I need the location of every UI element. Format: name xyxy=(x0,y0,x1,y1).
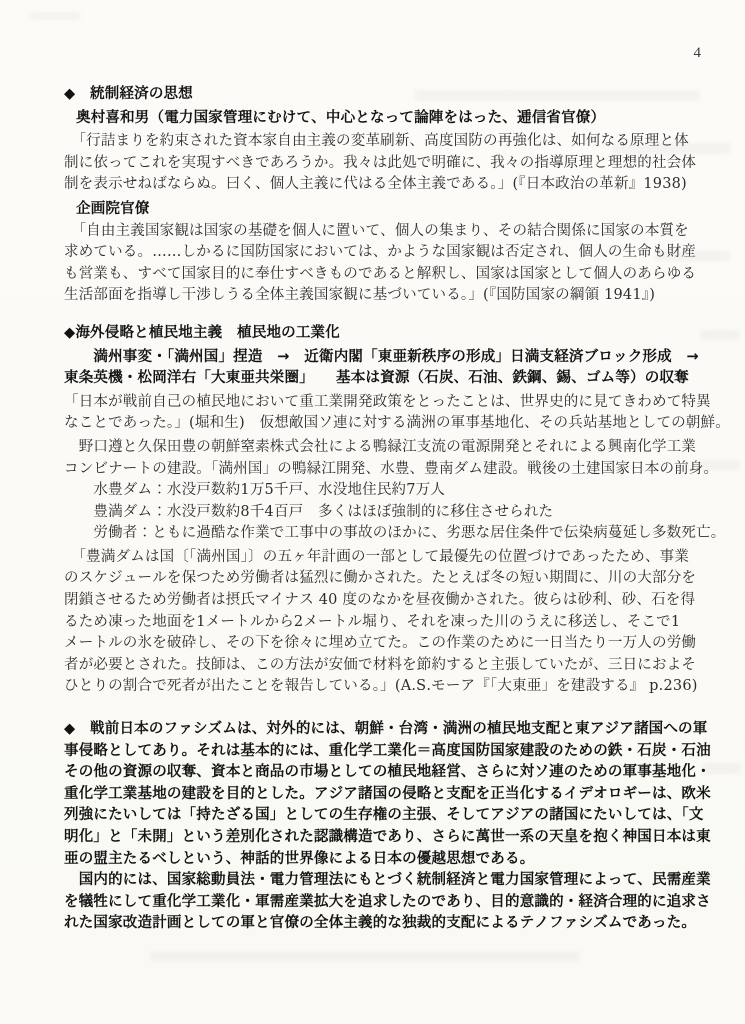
text-line: 東条英機・松岡洋右「大東亜共栄圏」 基本は資源（石炭、石油、鉄鋼、錫、ゴム等）の… xyxy=(64,368,696,390)
quote-moore-homan-dam: 「豊満ダムは国〔「満州国」〕の五ヶ年計画の一部として最優先の位置づけであったため… xyxy=(64,547,696,698)
text-line: れた国家改造計画としての軍と官僚の全体主義的な独裁的支配によるテノファシズムであ… xyxy=(64,913,696,935)
para-prewar-fascism-conclusion: ◆ 戦前日本のファシズムは、対外的には、朝鮮・台湾・満洲の植民地支配と東アジア諸… xyxy=(64,719,696,935)
text-line: 列強にたいしては「持たざる国」としての生存権の主張、そしてアジアの諸国にたいして… xyxy=(64,805,696,827)
heading-overseas-invasion: ◆海外侵略と植民地主義 植民地の工業化 xyxy=(64,323,696,345)
text-line: 制に依ってこれを実現すべきであろうか。我々は此処で明確に、我々の指導原理と理想的… xyxy=(64,153,696,175)
quote-kikakuin: 「自由主義国家観は国家の基礎を個人に置いて、個人の集まり、その結合関係に国家の本… xyxy=(64,221,696,307)
text-line: 「自由主義国家観は国家の基礎を個人に置いて、個人の集まり、その結合関係に国家の本… xyxy=(64,221,696,243)
para-noguchi-kubota: 野口遵と久保田豊の朝鮮窒素株式会社による鴨緑江支流の電源開発とそれによる興南化学… xyxy=(64,437,696,480)
bleedthrough-artifact xyxy=(30,12,80,20)
text-line: 労働者：ともに過酷な作業で工事中の事故のほかに、劣悪な居住条件で伝染病蔓延し多数… xyxy=(64,523,696,545)
text-line: 明化」と「未開」という差別化された認識構造であり、さらに萬世一系の天皇を抱く神国… xyxy=(64,827,696,849)
text-line: なことであった。」(堀和生) 仮想敵国ソ連に対する満洲の軍事基地化、その兵站基地… xyxy=(64,413,696,435)
text-line: ◆ 戦前日本のファシズムは、対外的には、朝鮮・台湾・満洲の植民地支配と東アジア諸… xyxy=(64,719,696,741)
text-line: ひとりの割合で死者が出たことを報告している。」(A.S.モーア『「大東亜」を建設… xyxy=(64,676,696,698)
bleedthrough-artifact xyxy=(150,952,580,961)
text-line: 「豊満ダムは国〔「満州国」〕の五ヶ年計画の一部として最優先の位置づけであったため… xyxy=(64,547,696,569)
text-line: 制を表示せねばならぬ。曰く、個人主義に代はる全体主義である。」(『日本政治の革新… xyxy=(64,174,696,196)
text-line: 「日本が戦前自己の植民地において重工業開発政策をとったことは、世界史的に見てきわ… xyxy=(64,392,696,414)
text-line: 野口遵と久保田豊の朝鮮窒素株式会社による鴨緑江支流の電源開発とそれによる興南化学… xyxy=(64,437,696,459)
text-line: 求めている。……しかるに国防国家においては、かような国家観は否定され、個人の生命… xyxy=(64,242,696,264)
text-line: その他の資源の収奪、資本と商品の市場としての植民地経営、さらに対ソ連のための軍事… xyxy=(64,762,696,784)
text-line: 亜の盟主たるべしという、神話的世界像による日本の優越思想である。 xyxy=(64,849,696,871)
text-line: 者が必要とされた。技師は、この方法が安価で材料を節約すると主張していたが、三日に… xyxy=(64,655,696,677)
text-line: 生活部面を指導し干渉しうる全体主義国家観に基づいている。」(『国防国家の綱領 1… xyxy=(64,285,696,307)
text-line: も営業も、すべて国家目的に奉仕すべきものであると解釈し、国家は国家として個人のあ… xyxy=(64,264,696,286)
text-line: 国内的には、国家総動員法・電力管理法にもとづく統制経済と電力国家管理によって、民… xyxy=(64,870,696,892)
heading-controlled-economy: ◆ 統制経済の思想 xyxy=(64,84,696,106)
flow-summary-manshu: 満州事変・「満州国」捏造 → 近衛内閣「東亜新秩序の形成」日満支経済ブロック形成… xyxy=(64,347,696,390)
text-line: を犠牲にして重化学工業化・軍需産業拡大を追求したのであり、目的意識的・経済合理的… xyxy=(64,892,696,914)
text-line: コンビナートの建設。「満州国」の鴨緑江開発、水豊、豊南ダム建設。戦後の土建国家日… xyxy=(64,459,696,481)
quote-okumura: 「行詰まりを約束された資本家自由主義の変革刷新、高度国防の再強化は、如何なる原理… xyxy=(64,131,696,196)
text-line: 重化学工業基地の建設を目的とした。アジア諸国の侵略と支配を正当化するイデオロギー… xyxy=(64,784,696,806)
text-line: 閉鎖させるため労働者は摂氏マイナス 40 度のなかを昼夜働かされた。彼らは砂利、… xyxy=(64,590,696,612)
bleedthrough-artifact xyxy=(700,330,740,340)
quote-hori-kazuo: 「日本が戦前自己の植民地において重工業開発政策をとったことは、世界史的に見てきわ… xyxy=(64,392,696,435)
text-line: 豊満ダム：水没戸数約8千4百戸 多くはほぼ強制的に移住させられた xyxy=(64,502,696,524)
text-line: 事侵略としてあり。それは基本的には、重化学工業化＝高度国防国家建設のための鉄・石… xyxy=(64,741,696,763)
text-line: 水豊ダム：水没戸数約1万5千戸、水没地住民約7万人 xyxy=(64,480,696,502)
subheading-okumura-kiwao: 奥村喜和男（電力国家管理にむけて、中心となって論陣をはった、逓信省官僚） xyxy=(64,108,696,130)
text-line: 満州事変・「満州国」捏造 → 近衛内閣「東亜新秩序の形成」日満支経済ブロック形成… xyxy=(64,347,696,369)
text-line: メートルの氷を破砕し、その下を徐々に埋め立てた。この作業のために一日当たり一万人… xyxy=(64,633,696,655)
page-number: 4 xyxy=(694,45,702,62)
text-line: のスケジュールを保つため労働者は猛烈に働かされた。たとえば冬の短い期間に、川の大… xyxy=(64,568,696,590)
dam-facts-list: 水豊ダム：水没戸数約1万5千戸、水没地住民約7万人 豊満ダム：水没戸数約8千4百… xyxy=(64,480,696,545)
scanned-document-page: 4 ◆ 統制経済の思想 奥村喜和男（電力国家管理にむけて、中心となって論陣をはっ… xyxy=(0,0,745,1024)
document-content: ◆ 統制経済の思想 奥村喜和男（電力国家管理にむけて、中心となって論陣をはった、… xyxy=(64,84,696,935)
text-line: 「行詰まりを約束された資本家自由主義の変革刷新、高度国防の再強化は、如何なる原理… xyxy=(64,131,696,153)
text-line: るため凍った地面を1メートルから2メートル堀り、それを凍った川のうえに移送し、そ… xyxy=(64,612,696,634)
subheading-kikakuin-kanryo: 企画院官僚 xyxy=(64,199,696,221)
